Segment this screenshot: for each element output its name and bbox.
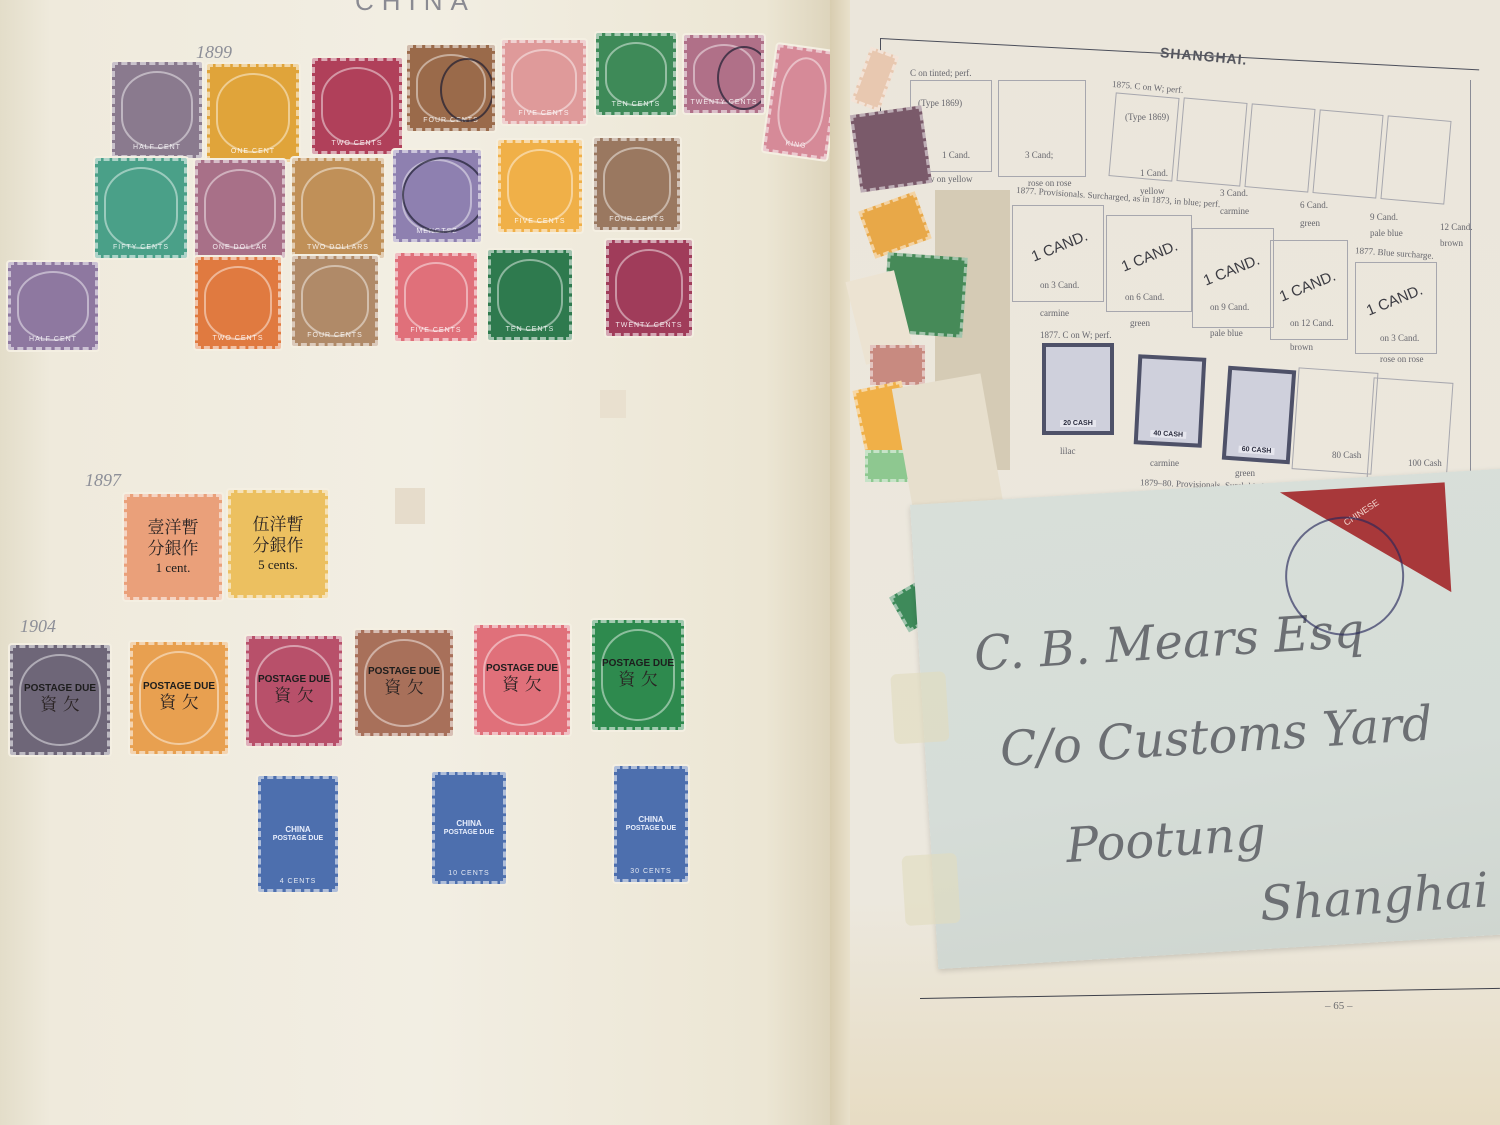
stamp-postage-due-5-cents: POSTAGE DUE資 欠: [474, 625, 570, 735]
stamp-blue-postage-due-30: CHINAPOSTAGE DUE30 CENTS: [614, 766, 688, 882]
stamp-1897-5-cents: 伍洋暫 分銀作 5 cents.: [228, 490, 328, 598]
year-note-1897: 1897: [85, 470, 121, 491]
loose-stamp: [870, 345, 925, 385]
loose-stamp: [850, 105, 932, 192]
stamp-row1-3: TWO CENTS: [312, 58, 402, 154]
year-note-1904: 1904: [20, 616, 56, 637]
stamp-blue-postage-due-4: CHINAPOSTAGE DUE4 CENTS: [258, 776, 338, 892]
stamp-postage-due-4-cents: POSTAGE DUE資 欠: [355, 630, 453, 736]
stamp-row1-5: FIVE CENTS: [502, 40, 586, 124]
page-number: – 65 –: [1325, 1000, 1353, 1012]
stamp-postage-due-half-cent: POSTAGE DUE資 欠: [10, 645, 110, 755]
stamp-row3-5: TEN CENTS: [488, 250, 572, 340]
hinge-mark: [395, 488, 425, 524]
page-heading-china: CHINA: [355, 0, 476, 17]
year-note-1899: 1899: [196, 42, 232, 63]
tape-mark: [890, 671, 949, 744]
stamp-row3-1: HALF CENT: [8, 262, 98, 350]
stamp-row2-1: FIFTY CENTS: [95, 158, 187, 258]
stamp-postage-due-1-cent: POSTAGE DUE資 欠: [130, 642, 228, 754]
loose-stamp: [858, 191, 931, 259]
stamp-row1-1: HALF CENT: [112, 62, 202, 158]
stamp-row1-7: TWENTY CENTS: [684, 35, 764, 113]
page-heading-shanghai: SHANGHAI.: [1159, 44, 1248, 68]
handwritten-envelope: CHINESE C. B. Mears Esq C/o Customs Yard…: [910, 468, 1500, 969]
stamp-1897-1-cent: 壹洋暫 分銀作 1 cent.: [124, 494, 222, 600]
loose-stamp: [851, 47, 899, 112]
stamp-row2-5: FIVE CENTS: [498, 140, 582, 232]
stamp-shanghai-20-cash: 20 CASH: [1042, 343, 1114, 435]
album-cell: [1176, 97, 1247, 186]
page-border-right: [1470, 80, 1471, 500]
stamp-row2-2: ONE DOLLAR: [195, 160, 285, 258]
album-cell: [1312, 109, 1383, 198]
stamp-shanghai-40-cash: 40 CASH: [1134, 354, 1207, 447]
stamp-row2-3: TWO DOLLARS: [292, 158, 384, 258]
stamp-row3-6: TWENTY CENTS: [606, 240, 692, 336]
stamp-row1-6: TEN CENTS: [596, 33, 676, 115]
stamp-row1-2: ONE CENT: [207, 64, 299, 162]
page-border-bottom: [920, 988, 1500, 999]
album-cell: [1380, 115, 1451, 204]
album-cell: [998, 80, 1086, 177]
stamp-row3-4: FIVE CENTS: [395, 253, 477, 341]
address-line-care-of: C/o Customs Yard: [998, 696, 1434, 778]
album-cell: [1244, 103, 1315, 192]
stamp-row3-2: TWO CENTS: [195, 257, 281, 349]
stamp-postage-due-2-cents: POSTAGE DUE資 欠: [246, 636, 342, 746]
album-cell: [1367, 377, 1454, 484]
stamp-blue-postage-due-10: CHINAPOSTAGE DUE10 CENTS: [432, 772, 506, 884]
stamp-row3-3: FOUR CENTS: [292, 256, 378, 346]
stamp-postage-due-10-cents: POSTAGE DUE資 欠: [592, 620, 684, 730]
left-album-page: CHINA 1899 1897 1904 HALF CENT ONE CENT …: [0, 0, 850, 1125]
section-caption: 1877. Blue surcharge.: [1355, 245, 1434, 260]
tape-mark: [901, 853, 960, 926]
stamp-shanghai-60-cash: 60 CASH: [1222, 366, 1296, 465]
address-line-district: Pootung: [1064, 806, 1267, 874]
stamp-row2-4: MENGTSZ: [393, 150, 481, 242]
stamp-row1-4: FOUR CENTS: [407, 45, 495, 131]
stamp-row2-6: FOUR CENTS: [594, 138, 680, 230]
section-caption: 1877. C on W; perf.: [1040, 330, 1112, 340]
address-line-city: Shanghai: [1258, 862, 1490, 932]
hinge-mark: [600, 390, 626, 418]
